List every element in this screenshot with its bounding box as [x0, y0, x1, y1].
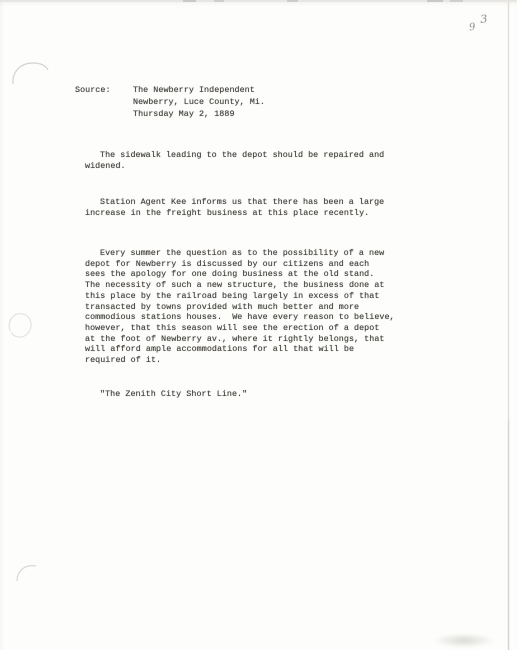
crease-mark: [17, 566, 36, 581]
paragraph-depot: Every summer the question as to the poss…: [85, 248, 395, 366]
source-label: Source:: [75, 84, 111, 96]
paragraph-station-agent: Station Agent Kee informs us that there …: [85, 197, 384, 218]
pencil-mark-char: 9: [468, 22, 476, 34]
crease-mark: [9, 314, 31, 337]
paragraph-sidewalk: The sidewalk leading to the depot should…: [85, 150, 384, 171]
closing-quote: "The Zenith City Short Line.": [85, 389, 247, 400]
scan-smudge: [433, 633, 495, 648]
pencil-annotation: 9 3: [464, 10, 499, 42]
scanned-document-page: 9 3 Source: The Newberry Independent New…: [0, 0, 517, 650]
crease-mark: [13, 63, 48, 84]
source-citation: The Newberry Independent Newberry, Luce …: [133, 84, 265, 121]
pencil-mark-char: 3: [479, 11, 488, 26]
